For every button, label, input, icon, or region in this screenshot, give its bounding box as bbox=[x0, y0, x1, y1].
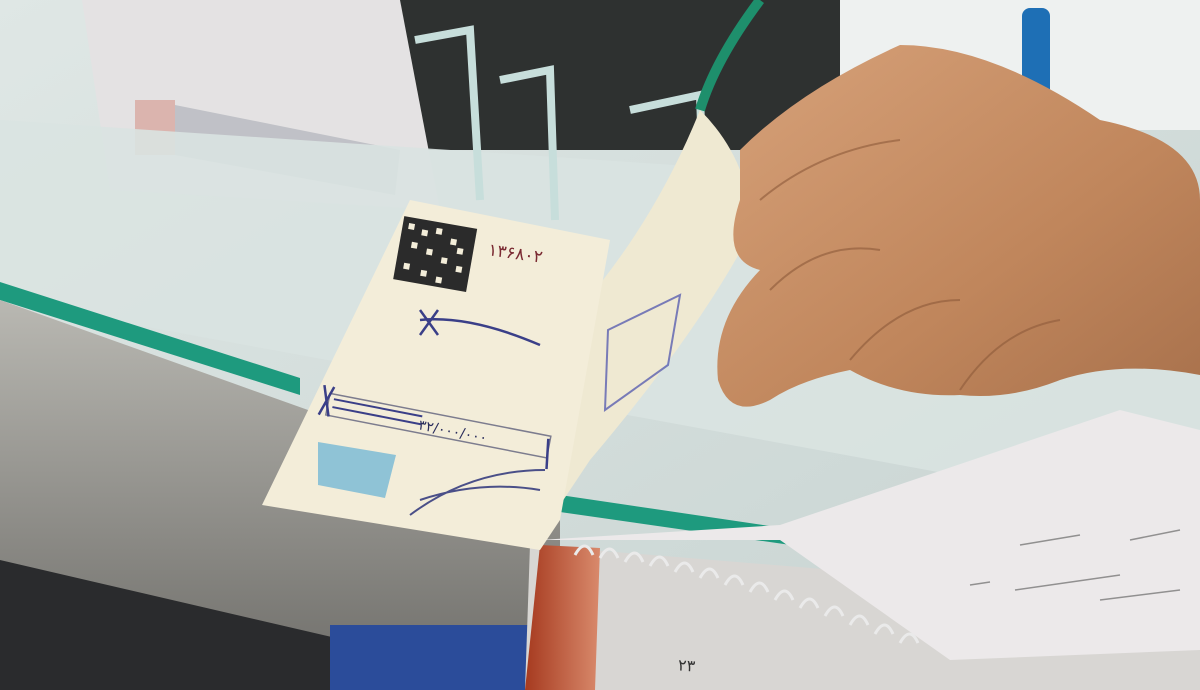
qr-code bbox=[393, 216, 477, 292]
scene-illustration bbox=[0, 0, 1200, 690]
blue-folder bbox=[330, 625, 530, 690]
notebook-mark: ۲۳ bbox=[677, 655, 695, 675]
photo-scene: ۱۳۶۸۰۲ ۳۲/۰۰۰/۰۰۰ ۲۳ bbox=[0, 0, 1200, 690]
